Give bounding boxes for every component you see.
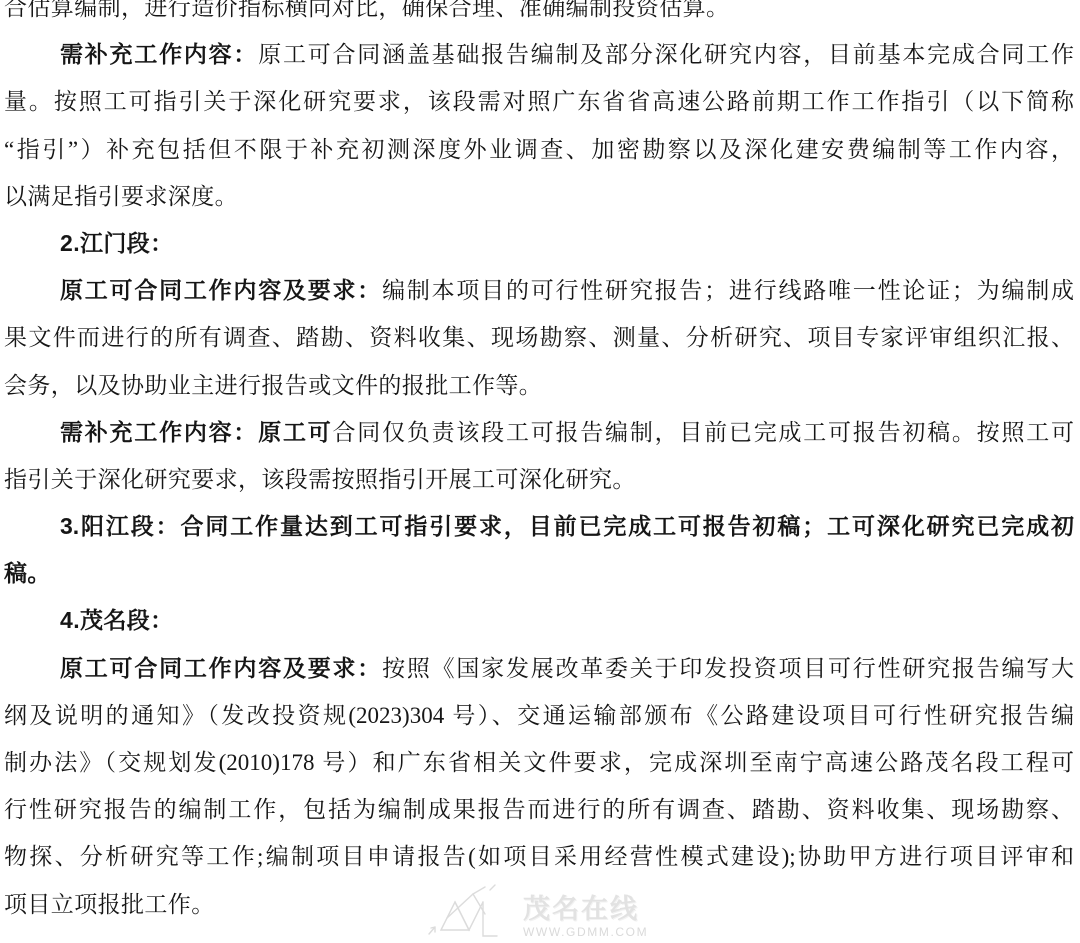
watermark-url: WWW.GDMM.COM [523, 926, 648, 938]
text-segment: 制办法》（交规划发(2010)178 号）和广东省相关文件要求，完成深圳至南宁高… [4, 750, 1074, 775]
text-line: 果文件而进行的所有调查、踏勘、资料收集、现场勘察、测量、分析研究、项目专家评审组… [4, 314, 1074, 361]
bold-text-segment: 原工可合同工作内容及要求： [60, 655, 382, 681]
text-segment: 按照《国家发展改革委关于印发投资项目可行性研究报告编写大 [382, 656, 1074, 681]
watermark-text: 茂名在线 WWW.GDMM.COM [523, 896, 648, 938]
text-line: 制办法》（交规划发(2010)178 号）和广东省相关文件要求，完成深圳至南宁高… [4, 739, 1074, 786]
bold-text-segment: 2.江门段： [60, 230, 174, 256]
bold-text-segment: 需补充工作内容：原工可 [60, 419, 333, 445]
text-line: 原工可合同工作内容及要求：编制本项目的可行性研究报告；进行线路唯一性论证；为编制… [4, 267, 1074, 314]
bold-text-segment: 3.阳江段：合同工作量达到工可指引要求，目前已完成工可报告初稿；工可深化研究已完… [60, 513, 1074, 539]
text-line: 会务，以及协助业主进行报告或文件的报批工作等。 [4, 362, 1074, 409]
bold-text-segment: 需补充工作内容： [60, 41, 258, 67]
text-line: 纲及说明的通知》（发改投资规(2023)304 号）、交通运输部颁布《公路建设项… [4, 692, 1074, 739]
text-line: 合估算编制，进行造价指标横向对比，确保合理、准确编制投资估算。 [4, 0, 1074, 31]
text-line: 稿。 [4, 550, 1074, 597]
text-segment: 项目立项报批工作。 [4, 892, 215, 917]
text-segment: 合估算编制，进行造价指标横向对比，确保合理、准确编制投资估算。 [4, 0, 729, 20]
text-segment: 物探、分析研究等工作;编制项目申请报告(如项目采用经营性模式建设);协助甲方进行… [4, 844, 1074, 869]
text-segment: 量。按照工可指引关于深化研究要求，该段需对照广东省省高速公路前期工作工作指引（以… [4, 89, 1074, 114]
document-page: 合估算编制，进行造价指标横向对比，确保合理、准确编制投资估算。需补充工作内容：原… [0, 0, 1080, 943]
bold-text-segment: 原工可合同工作内容及要求： [60, 277, 382, 303]
text-segment: 行性研究报告的编制工作，包括为编制成果报告而进行的所有调查、踏勘、资料收集、现场… [4, 797, 1074, 822]
text-line: 4.茂名段： [4, 597, 1074, 644]
bold-text-segment: 稿。 [4, 560, 51, 586]
text-line: 需补充工作内容：原工可合同涵盖基础报告编制及部分深化研究内容，目前基本完成合同工… [4, 31, 1074, 78]
text-segment: 原工可合同涵盖基础报告编制及部分深化研究内容，目前基本完成合同工作 [258, 42, 1074, 67]
text-segment: “指引”）补充包括但不限于补充初测深度外业调查、加密勘察以及深化建安费编制等工作… [4, 137, 1074, 162]
text-segment: 指引关于深化研究要求，该段需按照指引开展工可深化研究。 [4, 467, 636, 492]
text-segment: 编制本项目的可行性研究报告；进行线路唯一性论证；为编制成 [382, 278, 1074, 303]
text-line: 物探、分析研究等工作;编制项目申请报告(如项目采用经营性模式建设);协助甲方进行… [4, 833, 1074, 880]
bold-text-segment: 4.茂名段： [60, 607, 174, 633]
watermark-brand: 茂名在线 [523, 896, 639, 923]
watermark-logo-icon [427, 884, 511, 938]
text-segment: 果文件而进行的所有调查、踏勘、资料收集、现场勘察、测量、分析研究、项目专家评审组… [4, 325, 1074, 350]
document-body: 合估算编制，进行造价指标横向对比，确保合理、准确编制投资估算。需补充工作内容：原… [0, 0, 1080, 928]
text-line: 行性研究报告的编制工作，包括为编制成果报告而进行的所有调查、踏勘、资料收集、现场… [4, 786, 1074, 833]
text-segment: 合同仅负责该段工可报告编制，目前已完成工可报告初稿。按照工可 [333, 420, 1074, 445]
text-segment: 纲及说明的通知》（发改投资规(2023)304 号）、交通运输部颁布《公路建设项… [4, 703, 1074, 728]
watermark: 茂名在线 WWW.GDMM.COM [427, 884, 648, 938]
text-segment: 以满足指引要求深度。 [4, 184, 238, 209]
text-line: 3.阳江段：合同工作量达到工可指引要求，目前已完成工可报告初稿；工可深化研究已完… [4, 503, 1074, 550]
text-line: 指引关于深化研究要求，该段需按照指引开展工可深化研究。 [4, 456, 1074, 503]
text-line: 以满足指引要求深度。 [4, 173, 1074, 220]
text-line: 需补充工作内容：原工可合同仅负责该段工可报告编制，目前已完成工可报告初稿。按照工… [4, 409, 1074, 456]
text-line: “指引”）补充包括但不限于补充初测深度外业调查、加密勘察以及深化建安费编制等工作… [4, 126, 1074, 173]
text-segment: 会务，以及协助业主进行报告或文件的报批工作等。 [4, 373, 542, 398]
text-line: 原工可合同工作内容及要求：按照《国家发展改革委关于印发投资项目可行性研究报告编写… [4, 645, 1074, 692]
text-line: 量。按照工可指引关于深化研究要求，该段需对照广东省省高速公路前期工作工作指引（以… [4, 78, 1074, 125]
text-line: 2.江门段： [4, 220, 1074, 267]
